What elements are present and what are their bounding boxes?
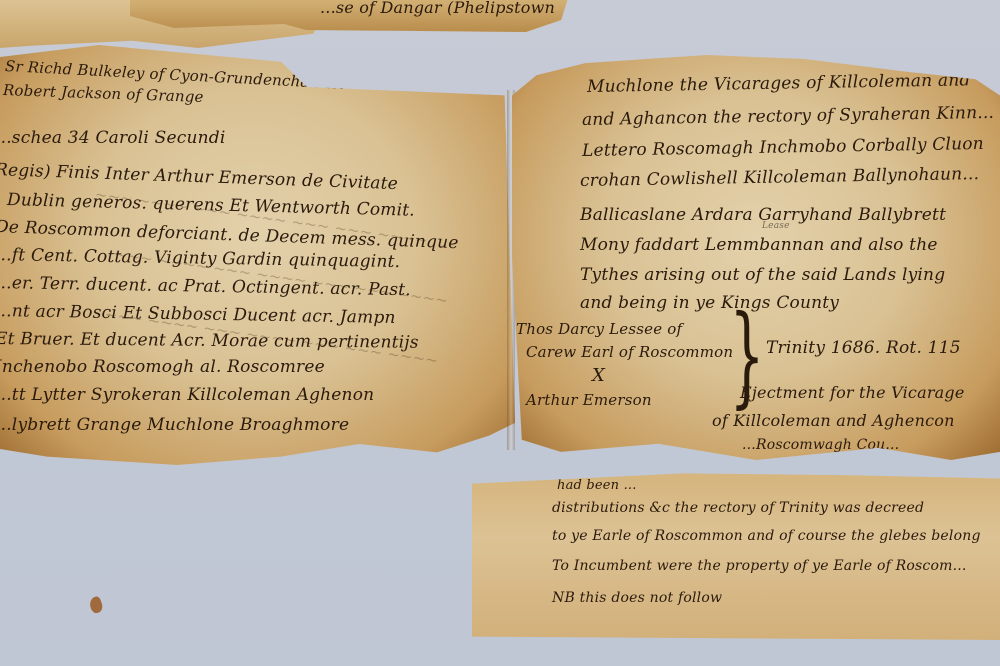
left-line-10: Et Bruer. Et ducent Acr. Morae cum perti… <box>0 329 419 353</box>
right-line-6: Mony faddart Lemmbannan and also the <box>580 235 938 255</box>
left-line-4: Regis) Finis Inter Arthur Emerson de Civ… <box>0 160 398 194</box>
case-defendant: Arthur Emerson <box>526 391 652 409</box>
case-plaintiff-1: Thos Darcy Lessee of <box>516 320 682 338</box>
left-line-13: ...lybrett Grange Muchlone Broaghmore <box>0 415 349 435</box>
bottom-line-1: had been ... <box>557 478 637 493</box>
right-line-4: crohan Cowlishell Killcoleman Ballynohau… <box>580 164 979 191</box>
case-subject-3: ...Roscomwagh Cou... <box>742 437 899 453</box>
bottom-line-5: NB this does not follow <box>552 590 722 606</box>
manuscript-page-right: Muchlone the Vicarages of Killcoleman an… <box>512 55 1000 460</box>
paper-fragment-chip <box>88 595 105 614</box>
right-line-8: and being in ye Kings County <box>580 293 839 313</box>
left-line-11: Inchenobo Roscomogh al. Roscomree <box>0 357 325 377</box>
left-line-2: Robert Jackson of Grange <box>3 81 204 106</box>
left-line-3: ...schea 34 Caroli Secundi <box>0 128 225 148</box>
case-term: Trinity 1686. Rot. 115 <box>766 338 961 358</box>
manuscript-page-left: ~~~ ~~~~ ~~~ ~~~~ ~~~ ~~~ ~~~~ ~~~ ~~~~ … <box>0 45 515 465</box>
case-subject-2: of Killcoleman and Aghencon <box>712 411 955 430</box>
right-line-2: and Aghancon the rectory of Syraheran Ki… <box>582 103 994 130</box>
case-versus: X <box>592 365 605 386</box>
scrap-top-line: ...se of Dangar (Phelipstown <box>320 0 555 17</box>
marginal-annotation: Lease <box>762 221 790 231</box>
bottom-line-2: distributions &c the rectory of Trinity … <box>552 500 924 516</box>
case-plaintiff-2: Carew Earl of Roscommon <box>526 343 733 361</box>
left-line-12: ...tt Lytter Syrokeran Killcoleman Aghen… <box>0 385 374 405</box>
bottom-line-3: to ye Earle of Roscommon and of course t… <box>552 528 981 544</box>
left-line-9: ...nt acr Bosci Et Subbosci Ducent acr. … <box>0 301 396 328</box>
bottom-line-4: To Incumbent were the property of ye Ear… <box>552 558 967 574</box>
right-line-1: Muchlone the Vicarages of Killcoleman an… <box>587 70 971 97</box>
right-line-3: Lettero Roscomagh Inchmobo Corbally Cluo… <box>582 134 984 161</box>
case-subject-1: Ejectment for the Vicarage <box>740 383 965 402</box>
manuscript-scrap-bottom: had been ... distributions &c the rector… <box>472 470 1000 640</box>
right-line-7: Tythes arising out of the said Lands lyi… <box>580 265 945 285</box>
